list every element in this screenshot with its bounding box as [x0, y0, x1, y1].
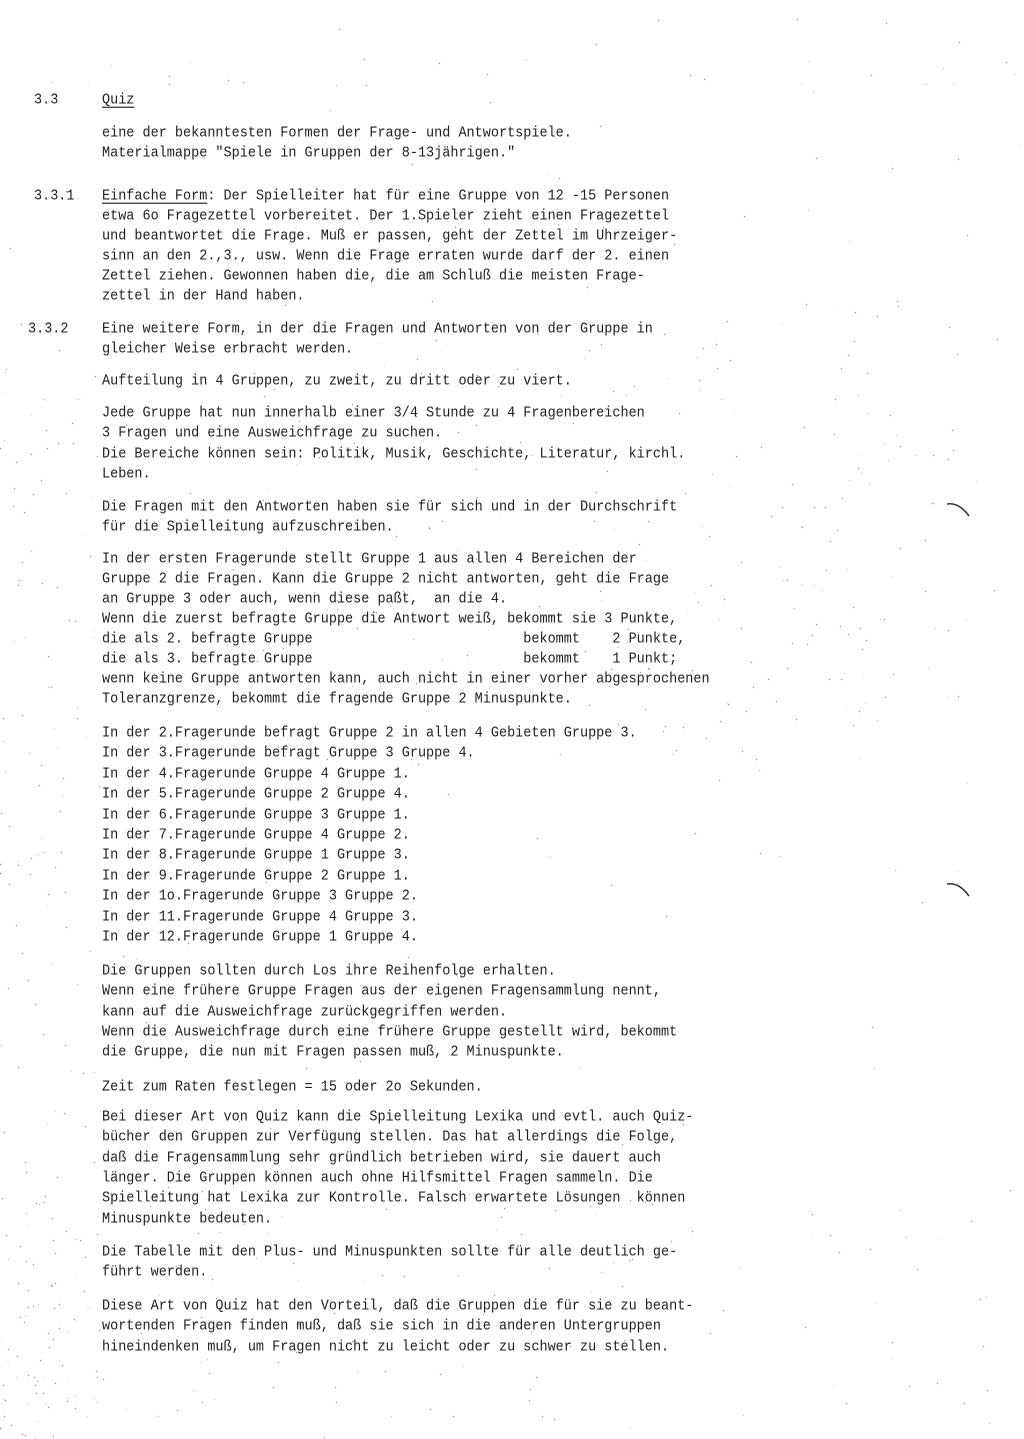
text-line: eine der bekanntesten Formen der Frage- … — [102, 124, 572, 144]
text-line: führt werden. — [102, 1263, 207, 1283]
text-line: Die Tabelle mit den Plus- und Minuspunkt… — [102, 1243, 677, 1263]
text-line: In der 1o.Fragerunde Gruppe 3 Gruppe 2. — [102, 887, 418, 907]
text-line: Wenn die zuerst befragte Gruppe die Antw… — [102, 610, 677, 630]
text-line: gleicher Weise erbracht werden. — [102, 340, 353, 360]
text-line: Die Bereiche können sein: Politik, Musik… — [102, 445, 685, 465]
text-line: Zeit zum Raten festlegen = 15 oder 2o Se… — [102, 1078, 483, 1098]
text-line: In der 8.Fragerunde Gruppe 1 Gruppe 3. — [102, 846, 410, 866]
margin-mark — [945, 500, 975, 530]
text-line: Aufteilung in 4 Gruppen, zu zweit, zu dr… — [102, 372, 572, 392]
text-line: In der 12.Fragerunde Gruppe 1 Gruppe 4. — [102, 928, 418, 948]
text-line: In der 9.Fragerunde Gruppe 2 Gruppe 1. — [102, 867, 410, 887]
text-line: Materialmappe "Spiele in Gruppen der 8-1… — [102, 144, 515, 164]
text-line: In der 2.Fragerunde befragt Gruppe 2 in … — [102, 724, 637, 744]
section-title-quiz: Quiz — [102, 91, 134, 111]
text-line: die als 3. befragte Gruppe bekommt 1 Pun… — [102, 650, 677, 670]
text-line: In der 3.Fragerunde befragt Gruppe 3 Gru… — [102, 744, 475, 764]
text-line: und beantwortet die Frage. Muß er passen… — [102, 227, 677, 247]
text-line: Diese Art von Quiz hat den Vorteil, daß … — [102, 1297, 693, 1317]
text-line: In der 5.Fragerunde Gruppe 2 Gruppe 4. — [102, 785, 410, 805]
text-line: In der ersten Fragerunde stellt Gruppe 1… — [102, 550, 637, 570]
text-line: Die Fragen mit den Antworten haben sie f… — [102, 498, 677, 518]
text-line: Eine weitere Form, in der die Fragen und… — [102, 320, 653, 340]
text-line: wenn keine Gruppe antworten kann, auch n… — [102, 670, 710, 690]
text-line: Die Gruppen sollten durch Los ihre Reihe… — [102, 962, 556, 982]
text-line: länger. Die Gruppen können auch ohne Hil… — [102, 1169, 653, 1189]
text-line: zettel in der Hand haben. — [102, 287, 305, 307]
section-number-3-3-1: 3.3.1 — [34, 187, 75, 207]
text-line: Spielleitung hat Lexika zur Kontrolle. F… — [102, 1189, 685, 1209]
text-line: an Gruppe 3 oder auch, wenn diese paßt, … — [102, 590, 507, 610]
text-line: Leben. — [102, 465, 151, 485]
text-line: In der 6.Fragerunde Gruppe 3 Gruppe 1. — [102, 806, 410, 826]
text-line: daß die Fragensammlung sehr gründlich be… — [102, 1149, 661, 1169]
text-line: die Gruppe, die nun mit Fragen passen mu… — [102, 1043, 564, 1063]
text-line: die als 2. befragte Gruppe bekommt 2 Pun… — [102, 630, 685, 650]
text-line: Toleranzgrenze, bekommt die fragende Gru… — [102, 690, 572, 710]
section-number-3-3-2: 3.3.2 — [28, 320, 69, 340]
text-line: sinn an den 2.,3., usw. Wenn die Frage e… — [102, 247, 669, 267]
section-heading-einfache-form: Einfache Form — [102, 188, 207, 205]
text-line: hineindenken muß, um Fragen nicht zu lei… — [102, 1338, 669, 1358]
text-line: Einfache Form: Der Spielleiter hat für e… — [102, 187, 669, 207]
text-line: für die Spielleitung aufzuschreiben. — [102, 518, 394, 538]
margin-mark — [945, 880, 975, 910]
text-line: wortenden Fragen finden muß, daß sie sic… — [102, 1317, 661, 1337]
text-line: Zettel ziehen. Gewonnen haben die, die a… — [102, 267, 645, 287]
text-line: Wenn eine frühere Gruppe Fragen aus der … — [102, 982, 661, 1002]
text-line: Wenn die Ausweichfrage durch eine früher… — [102, 1023, 677, 1043]
text-line: Bei dieser Art von Quiz kann die Spielle… — [102, 1108, 693, 1128]
text-line: Minuspunkte bedeuten. — [102, 1210, 272, 1230]
text-line: Gruppe 2 die Fragen. Kann die Gruppe 2 n… — [102, 570, 669, 590]
section-number-3-3: 3.3 — [34, 91, 58, 111]
text-line: In der 7.Fragerunde Gruppe 4 Gruppe 2. — [102, 826, 410, 846]
scanned-document-page: 3.3 Quiz eine der bekanntesten Formen de… — [0, 0, 1024, 1439]
text-line: In der 11.Fragerunde Gruppe 4 Gruppe 3. — [102, 908, 418, 928]
text-line: bücher den Gruppen zur Verfügung stellen… — [102, 1128, 677, 1148]
text-line: etwa 6o Fragezettel vorbereitet. Der 1.S… — [102, 207, 669, 227]
text-line: Jede Gruppe hat nun innerhalb einer 3/4 … — [102, 404, 645, 424]
text-line: kann auf die Ausweichfrage zurückgegriff… — [102, 1003, 507, 1023]
text-line: 3 Fragen und eine Ausweichfrage zu suche… — [102, 424, 442, 444]
text-line: In der 4.Fragerunde Gruppe 4 Gruppe 1. — [102, 765, 410, 785]
